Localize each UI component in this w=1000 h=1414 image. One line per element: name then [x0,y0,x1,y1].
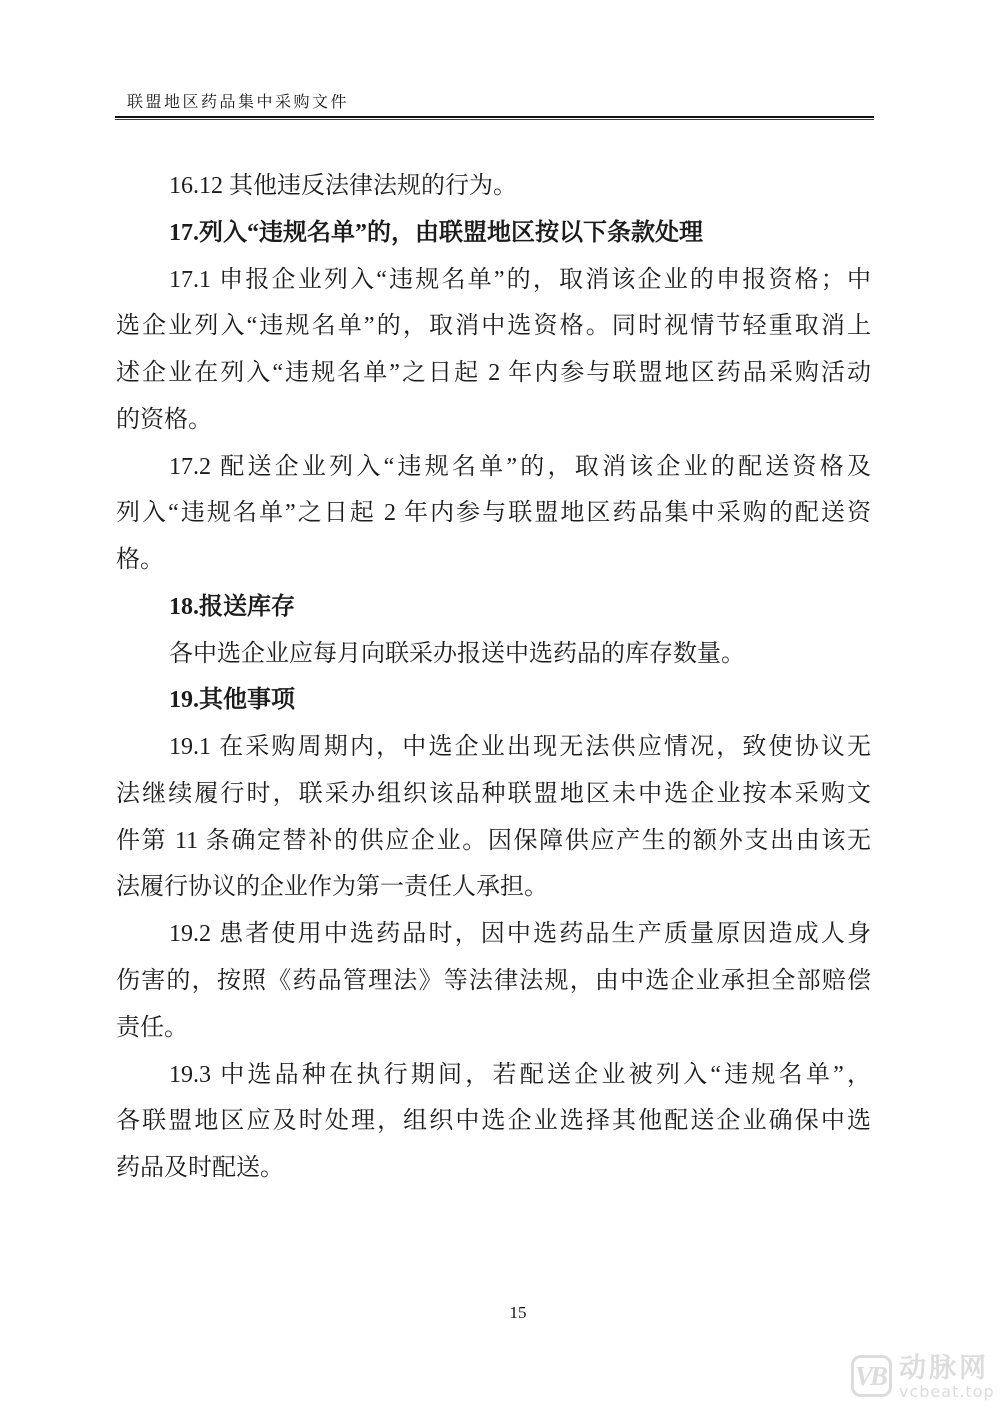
page-number: 15 [510,1303,527,1323]
section-heading: 18.报送库存 [116,584,871,631]
watermark-brand: 动脉网 [899,1355,995,1382]
text-line: 列入“违规名单”之日起 2 年内参与联盟地区药品集中采购的配送资 [116,490,871,537]
vcbeat-logo-icon: VB [851,1355,892,1397]
document-page: 联盟地区药品集中采购文件 16.12 其他违反法律法规的行为。17.列入“违规名… [0,0,1000,1414]
text-line: 格。 [116,537,871,584]
document-body: 16.12 其他违反法律法规的行为。17.列入“违规名单”的，由联盟地区按以下条… [116,163,871,1192]
text-line: 各联盟地区应及时处理，组织中选企业选择其他配送企业确保中选 [116,1098,871,1145]
text-line: 伤害的，按照《药品管理法》等法律法规，由中选企业承担全部赔偿 [116,958,871,1005]
watermark-site: vcbeat.top [899,1384,995,1400]
text-line: 药品及时配送。 [116,1145,871,1192]
text-line: 16.12 其他违反法律法规的行为。 [116,163,871,210]
text-line: 19.3 中选品种在执行期间，若配送企业被列入“违规名单”， [116,1052,871,1099]
text-line: 19.1 在采购周期内，中选企业出现无法供应情况，致使协议无 [116,724,871,771]
text-line: 法履行协议的企业作为第一责任人承担。 [116,864,871,911]
vcbeat-watermark: VB 动脉网 vcbeat.top [851,1355,995,1400]
text-line: 责任。 [116,1005,871,1052]
text-line: 各中选企业应每月向联采办报送中选药品的库存数量。 [116,631,871,678]
text-line: 述企业在列入“违规名单”之日起 2 年内参与联盟地区药品采购活动 [116,350,871,397]
text-line: 19.2 患者使用中选药品时，因中选药品生产质量原因造成人身 [116,911,871,958]
watermark-text-column: 动脉网 vcbeat.top [899,1355,995,1400]
text-line: 法继续履行时，联采办组织该品种联盟地区未中选企业按本采购文 [116,771,871,818]
text-line: 件第 11 条确定替补的供应企业。因保障供应产生的额外支出由该无 [116,818,871,865]
text-line: 的资格。 [116,397,871,444]
header-rule [115,116,874,120]
text-line: 选企业列入“违规名单”的，取消中选资格。同时视情节轻重取消上 [116,303,871,350]
header-title: 联盟地区药品集中采购文件 [127,89,349,112]
section-heading: 17.列入“违规名单”的，由联盟地区按以下条款处理 [116,210,871,257]
text-line: 17.2 配送企业列入“违规名单”的，取消该企业的配送资格及 [116,444,871,491]
text-line: 17.1 申报企业列入“违规名单”的，取消该企业的申报资格；中 [116,257,871,304]
section-heading: 19.其他事项 [116,677,871,724]
